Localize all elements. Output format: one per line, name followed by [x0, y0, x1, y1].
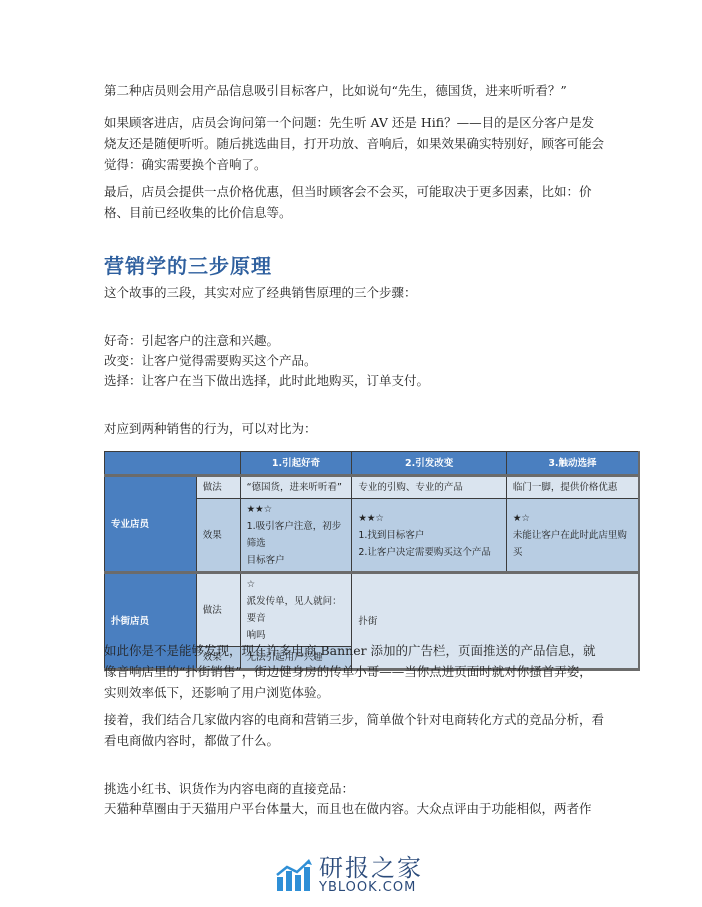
paragraph: 天猫种草圈由于天猫用户平台体量大，而且也在做内容。大众点评由于功能相似，两者作 — [104, 798, 604, 819]
star-rating: ★★☆ — [247, 501, 346, 518]
cell-line: 未能让客户在此时此店里购 — [513, 527, 632, 544]
section-intro: 这个故事的三段，其实对应了经典销售原理的三个步骤： — [104, 282, 604, 303]
star-rating: ★★☆ — [358, 510, 500, 527]
compare-intro: 对应到两种销售的行为，可以对比为： — [104, 418, 604, 439]
cell-line: 2.让客户决定需要购买这个产品 — [358, 544, 500, 561]
step-item: 选择：让客户在当下做出选择，此时此地购买，订单支付。 — [104, 370, 604, 391]
watermark-en: YBLOOK.COM — [319, 881, 423, 895]
role-cell: 专业店员 — [105, 476, 197, 573]
header-cell — [105, 452, 241, 476]
table-cell: ☆ 派发传单，见人就问：要音 响吗 — [240, 573, 352, 647]
table-cell: ★☆ 未能让客户在此时此店里购 买 — [506, 499, 639, 573]
table-row: 扑街店员 做法 ☆ 派发传单，见人就问：要音 响吗 扑街 — [105, 573, 640, 647]
paragraph: 如此你是不是能够发现，现在许多电商 Banner 添加的广告栏，页面推送的产品信… — [104, 640, 604, 703]
table-cell: ★★☆ 1.吸引客户注意，初步筛选 目标客户 — [240, 499, 352, 573]
header-cell: 1.引起好奇 — [240, 452, 352, 476]
watermark-logo: 研报之家 YBLOOK.COM — [275, 855, 423, 895]
watermark-cn: 研报之家 — [319, 855, 423, 881]
table-cell: 专业的引购、专业的产品 — [352, 476, 507, 499]
cell-line: 目标客户 — [247, 552, 346, 569]
table-cell: 临门一脚，提供价格优惠 — [506, 476, 639, 499]
row-label: 做法 — [196, 476, 240, 499]
table-cell: “德国货，进来听听看” — [240, 476, 352, 499]
section-heading: 营销学的三步原理 — [104, 250, 272, 279]
table-row: 专业店员 做法 “德国货，进来听听看” 专业的引购、专业的产品 临门一脚，提供价… — [105, 476, 640, 499]
paragraph: 第二种店员则会用产品信息吸引目标客户，比如说句“先生，德国货，进来听听看？” — [104, 80, 604, 101]
star-rating: ★☆ — [513, 510, 632, 527]
header-cell: 3.触动选择 — [506, 452, 639, 476]
header-cell: 2.引发改变 — [352, 452, 507, 476]
cell-line: 买 — [513, 544, 632, 561]
step-item: 好奇：引起客户的注意和兴趣。 — [104, 330, 604, 351]
table-cell: ★★☆ 1.找到目标客户 2.让客户决定需要购买这个产品 — [352, 499, 507, 573]
cell-line: 1.找到目标客户 — [358, 527, 500, 544]
paragraph: 如果顾客进店，店员会询问第一个问题：先生听 AV 还是 Hifi？——目的是区分… — [104, 112, 604, 175]
bar-chart-icon — [275, 859, 313, 891]
paragraph: 最后，店员会提供一点价格优惠，但当时顾客会不会买，可能取决于更多因素，比如：价格… — [104, 181, 604, 223]
table-header-row: 1.引起好奇 2.引发改变 3.触动选择 — [105, 452, 640, 476]
cell-line: 派发传单，见人就问：要音 — [247, 593, 346, 627]
row-label: 效果 — [196, 499, 240, 573]
comparison-table: 1.引起好奇 2.引发改变 3.触动选择 专业店员 做法 “德国货，进来听听看”… — [104, 451, 640, 671]
paragraph: 接着，我们结合几家做内容的电商和营销三步，简单做个针对电商转化方式的竞品分析，看… — [104, 709, 604, 751]
cell-line: 1.吸引客户注意，初步筛选 — [247, 518, 346, 552]
star-rating: ☆ — [247, 576, 346, 593]
step-item: 改变：让客户觉得需要购买这个产品。 — [104, 350, 604, 371]
row-label: 做法 — [196, 573, 240, 647]
paragraph: 挑选小红书、识货作为内容电商的直接竞品： — [104, 778, 604, 799]
